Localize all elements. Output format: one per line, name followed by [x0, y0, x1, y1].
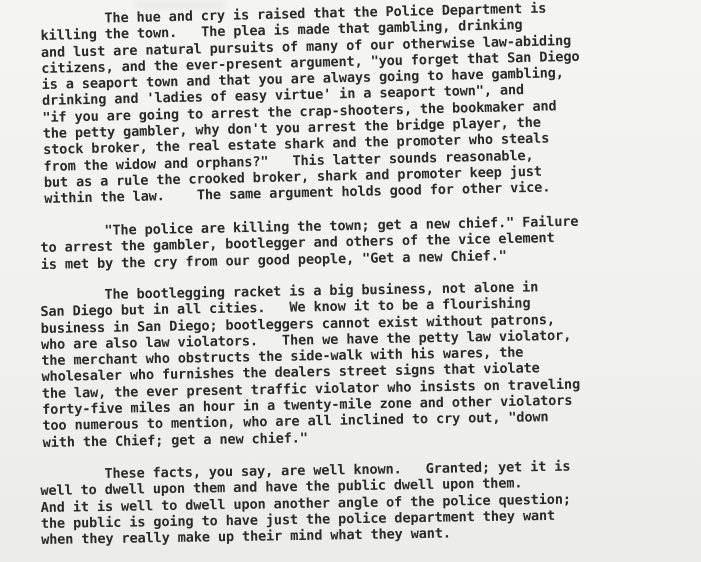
typewritten-page: The hue and cry is raised that the Polic…	[40, 12, 680, 562]
paragraph-vice-argument: The hue and cry is raised that the Polic…	[40, 0, 684, 208]
paragraph-new-chief: "The police are killing the town; get a …	[40, 211, 681, 272]
paragraph-conclusion: These facts, you say, are well known. Gr…	[40, 457, 681, 549]
paragraph-bootlegging: The bootlegging racket is a big business…	[40, 277, 683, 451]
